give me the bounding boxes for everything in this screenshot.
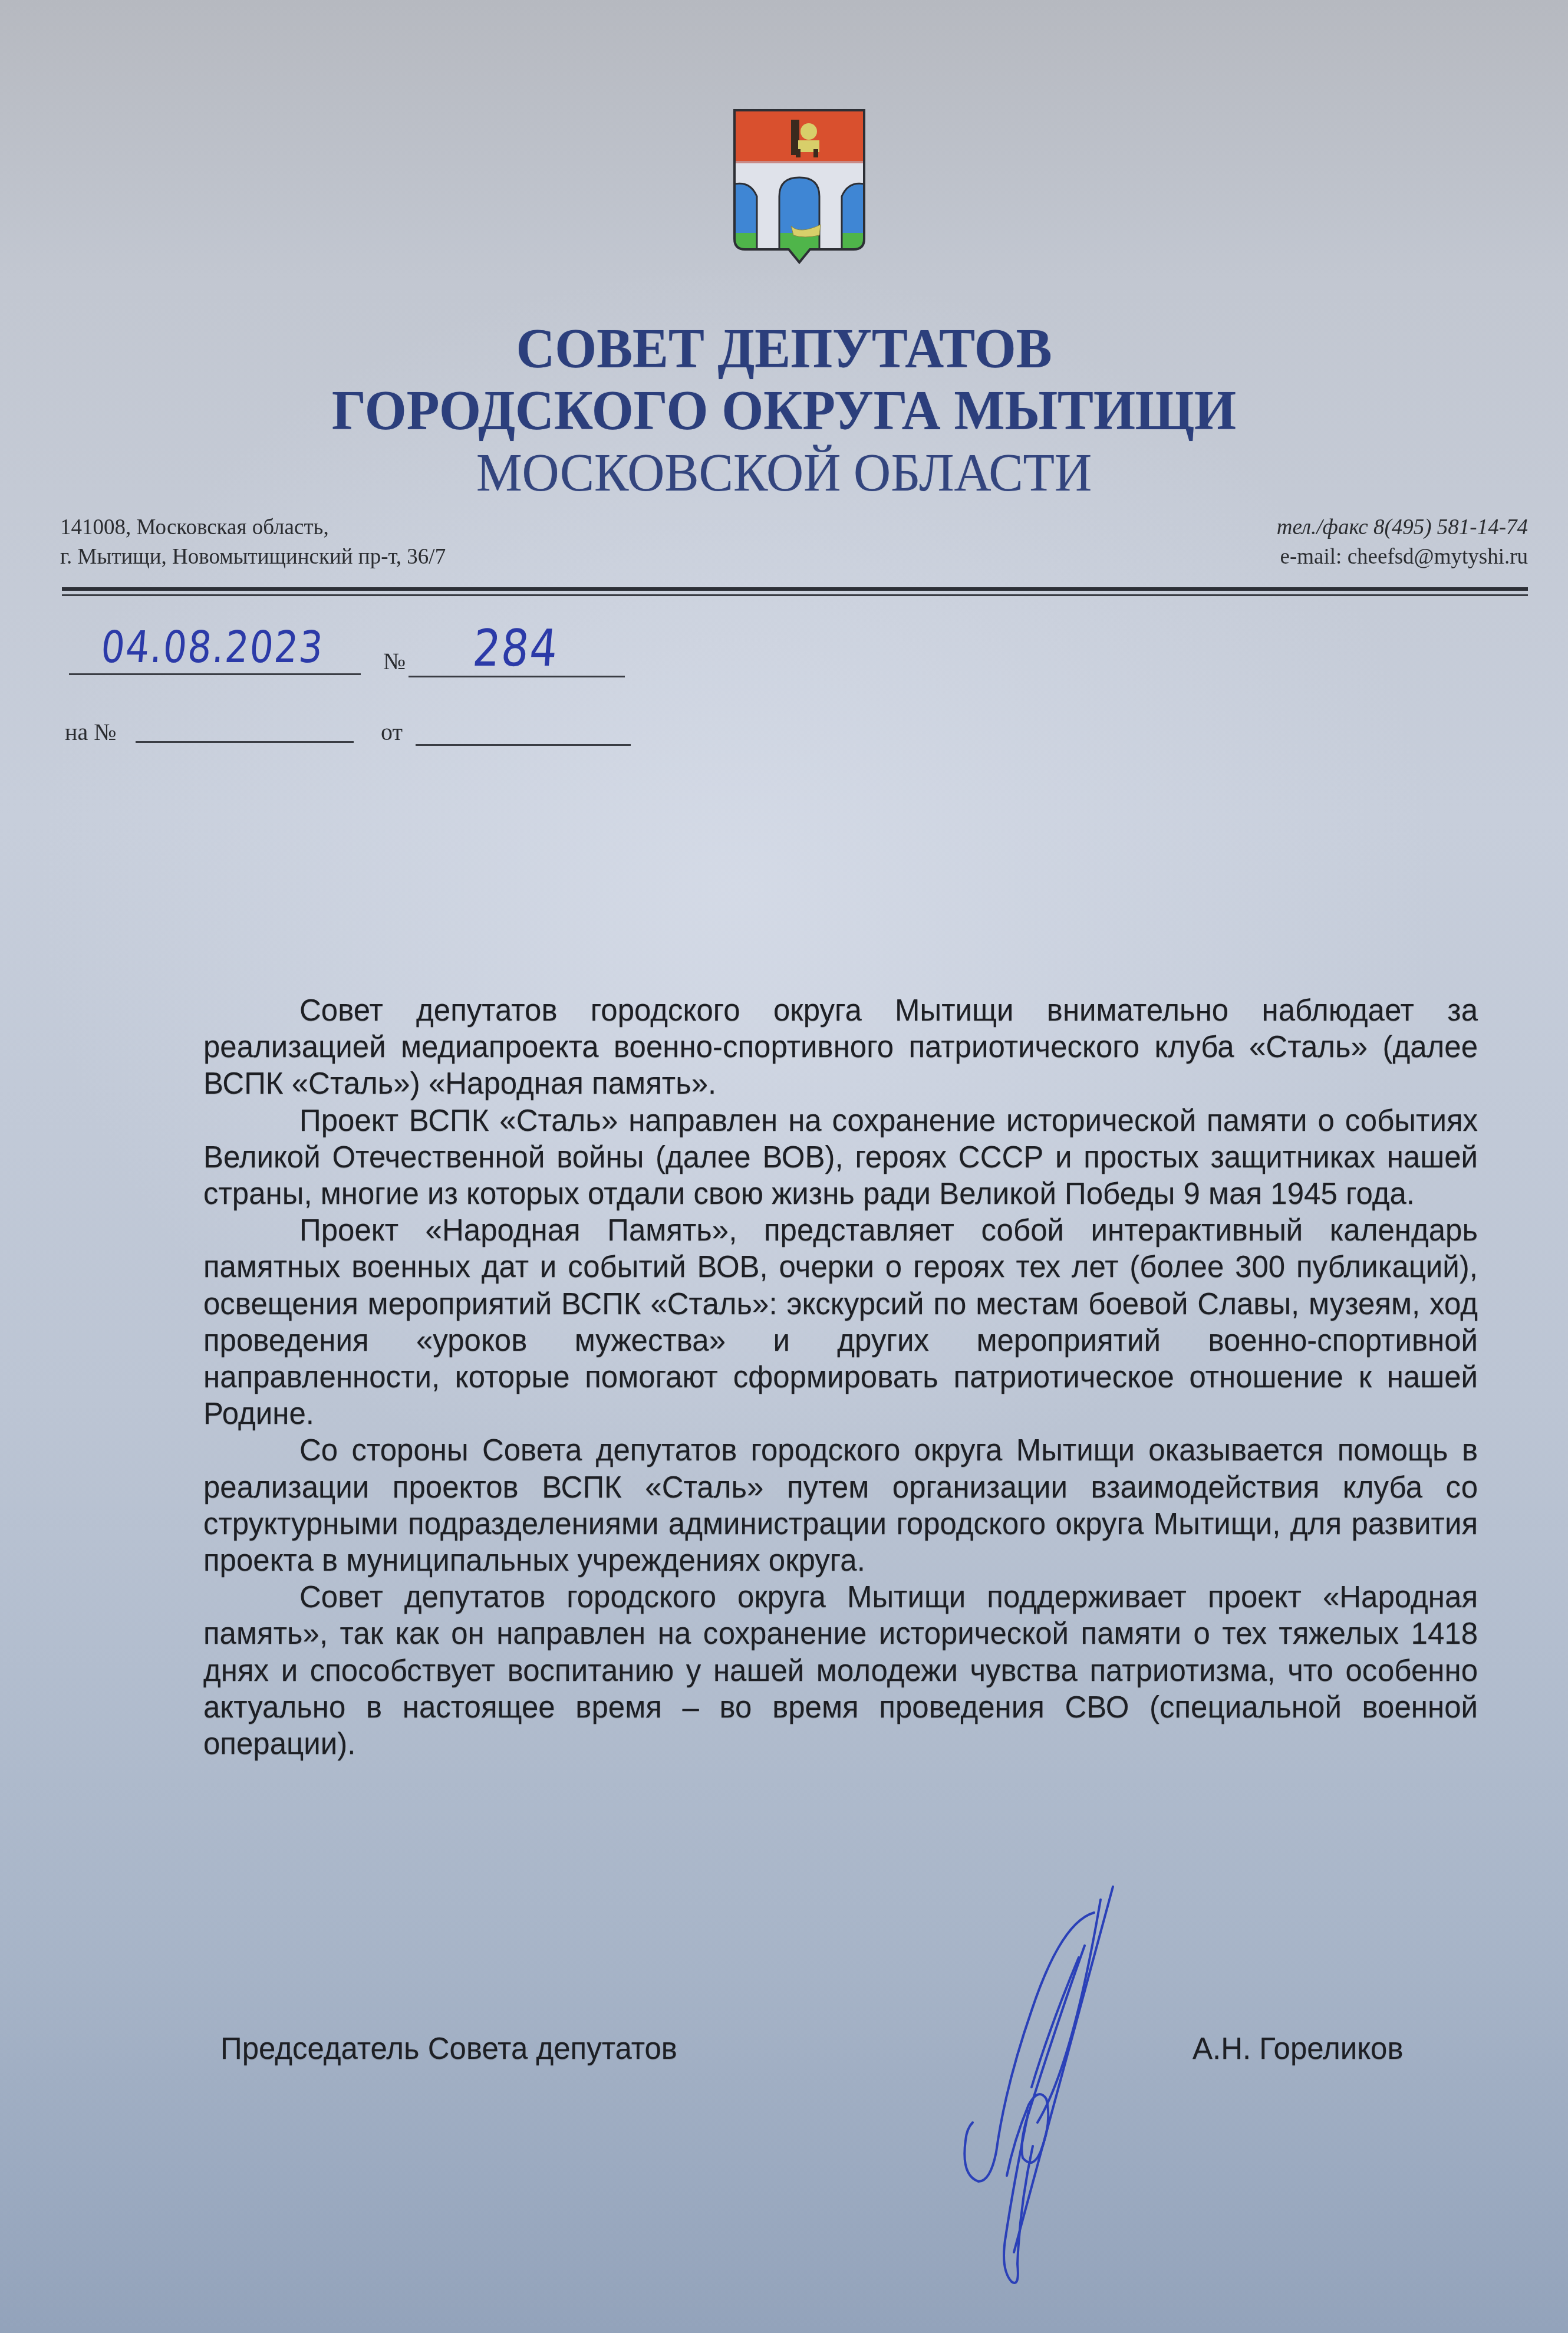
number-field-line: [409, 676, 625, 677]
ref-date-label: от: [381, 718, 403, 746]
paragraph-5: Совет депутатов городского округа Мытищи…: [203, 1579, 1478, 1762]
email-address: e-mail: cheefsd@mytyshi.ru: [1277, 542, 1528, 572]
letter-body: Совет депутатов городского округа Мытищи…: [203, 992, 1478, 1762]
number-label: №: [383, 647, 406, 675]
outgoing-date-handwritten: 04.08.2023: [99, 622, 326, 673]
signatory-name: А.Н. Гореликов: [1193, 2031, 1404, 2066]
paragraph-2: Проект ВСПК «Сталь» направлен на сохране…: [203, 1103, 1478, 1213]
coat-of-arms-icon: [732, 108, 867, 264]
paragraph-4: Со стороны Совета депутатов городского о…: [203, 1432, 1478, 1579]
ref-number-field-line: [136, 741, 354, 743]
ref-date-field-line: [416, 744, 631, 746]
paragraph-3: Проект «Народная Память», представляет с…: [203, 1212, 1478, 1432]
signatory-title: Председатель Совета депутатов: [220, 2031, 677, 2066]
sender-address: 141008, Московская область, г. Мытищи, Н…: [60, 513, 446, 572]
date-field-line: [69, 673, 361, 675]
address-line1: 141008, Московская область,: [60, 513, 446, 542]
sender-contacts: тел./факс 8(495) 581-14-74 e-mail: cheef…: [1277, 513, 1528, 572]
handwritten-signature: [878, 1875, 1138, 2288]
phone-fax: тел./факс 8(495) 581-14-74: [1277, 513, 1528, 542]
letterhead-title-line2: ГОРОДСКОГО ОКРУГА МЫТИЩИ: [39, 377, 1529, 443]
coat-of-arms-emblem: [732, 108, 867, 264]
header-divider-thin: [62, 594, 1528, 596]
letterhead-title-line1: СОВЕТ ДЕПУТАТОВ: [39, 315, 1529, 381]
outgoing-number-handwritten: 284: [470, 619, 561, 678]
address-line2: г. Мытищи, Новомытищинский пр-т, 36/7: [60, 542, 446, 572]
letterhead-title-line3: МОСКОВСКОЙ ОБЛАСТИ: [39, 441, 1529, 504]
header-divider-thick: [62, 587, 1528, 591]
paragraph-1: Совет депутатов городского округа Мытищи…: [203, 992, 1478, 1103]
ref-number-label: на №: [65, 718, 116, 746]
signature-icon: [878, 1875, 1138, 2288]
